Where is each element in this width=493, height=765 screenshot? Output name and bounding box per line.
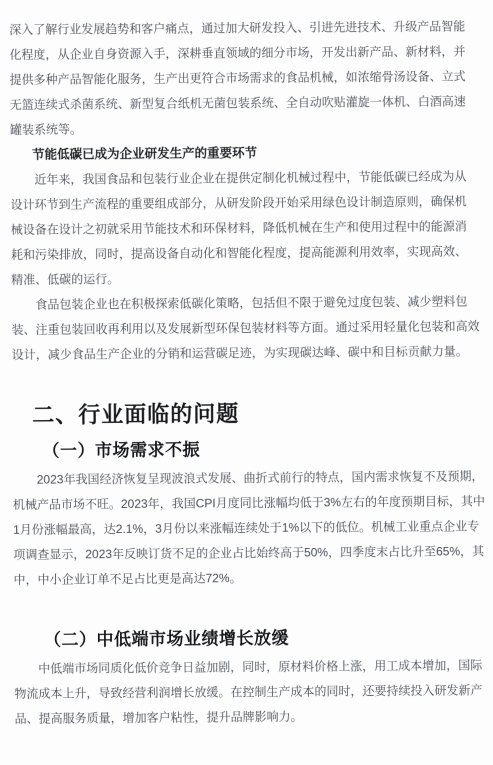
document-page: 深入了解行业发展趋势和客户痛点，通过加大研发投入、引进先进技术、升级产品智能 化… — [0, 0, 493, 765]
paragraph-market-demand-2023: 2023年我国经济恢复呈现波浪式发展、曲折式前行的特点，国内需求恢复不及预期， … — [13, 464, 481, 593]
paragraph-green-design-manufacturing: 近年来，我国食品和包装行业企业在提供定制化机械过程中，节能低碳已经成为从 设计环… — [10, 164, 478, 293]
paragraph-midlow-market-competition: 中低端市场同质化低价竞争日益加剧，同时，原材料价格上涨，用工成本增加，国际 物流… — [14, 653, 482, 732]
paragraph-low-carbon-packaging: 食品包装企业也在积极探索低碳化策略，包括但不限于避免过度包装、减少塑料包 装、注… — [11, 289, 479, 368]
subheading-energy-saving-low-carbon: 节能低碳已成为企业研发生产的重要环节 — [10, 139, 477, 168]
subsection-title-weak-market-demand: （一）市场需求不振 — [42, 435, 479, 464]
paragraph-product-development-continuation: 深入了解行业发展趋势和客户痛点，通过加大研发投入、引进先进技术、升级产品智能 化… — [9, 14, 477, 143]
section-title-industry-problems: 二、行业面临的问题 — [32, 396, 479, 432]
document-sheet: 深入了解行业发展趋势和客户痛点，通过加大研发投入、引进先进技术、升级产品智能 化… — [0, 0, 493, 765]
subsection-title-midlow-market-slowdown: （二）中低端市场业绩增长放缓 — [44, 624, 481, 653]
